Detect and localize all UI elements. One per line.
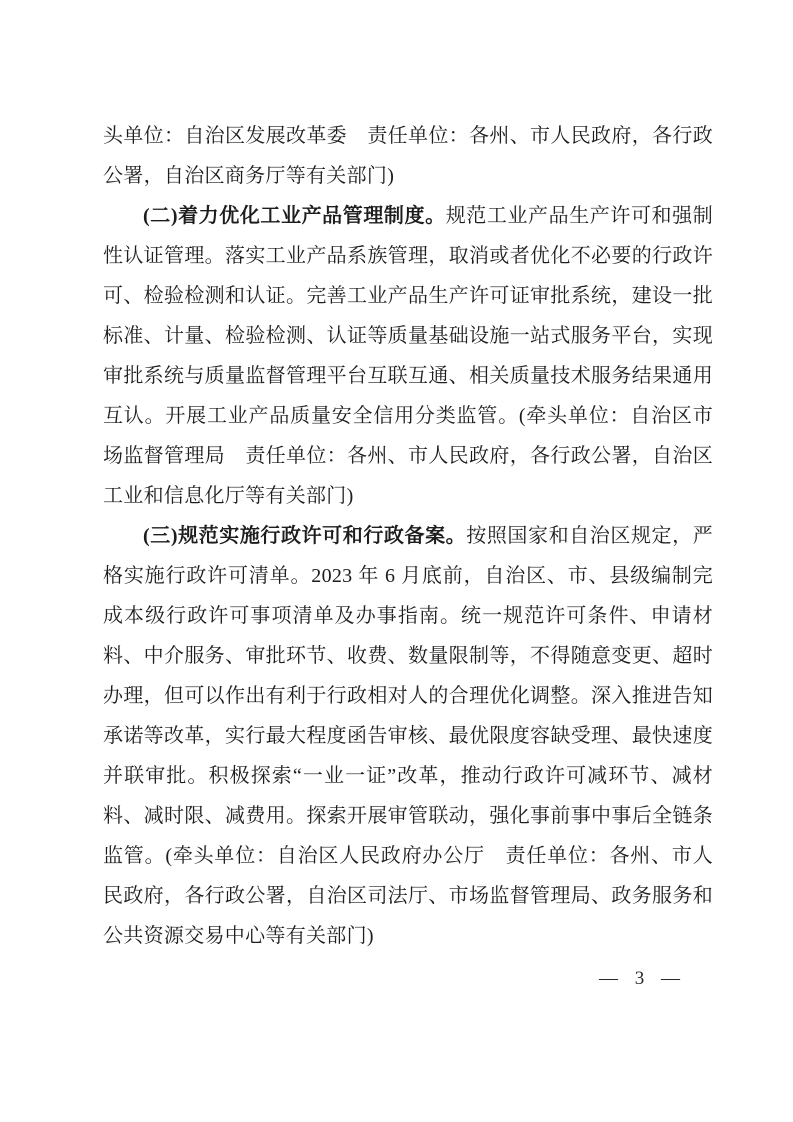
page-number: — 3 — — [599, 966, 681, 992]
paragraph: (二)着力优化工业产品管理制度。规范工业产品生产许可和强制性认证管理。落实工业产… — [103, 196, 713, 516]
paragraph-text: 按照国家和自治区规定，严格实施行政许可清单。2023 年 6 月底前，自治区、市… — [103, 525, 713, 947]
paragraph-lead-bold: (二)着力优化工业产品管理制度。 — [143, 205, 446, 227]
document-page: 头单位：自治区发展改革委 责任单位：各州、市人民政府，各行政公署，自治区商务厅等… — [0, 0, 793, 1122]
paragraph-text: 头单位：自治区发展改革委 责任单位：各州、市人民政府，各行政公署，自治区商务厅等… — [103, 125, 713, 187]
paragraph-lead-bold: (三)规范实施行政许可和行政备案。 — [143, 525, 466, 547]
paragraph: 头单位：自治区发展改革委 责任单位：各州、市人民政府，各行政公署，自治区商务厅等… — [103, 116, 713, 196]
paragraph-text: 规范工业产品生产许可和强制性认证管理。落实工业产品系族管理，取消或者优化不必要的… — [103, 205, 713, 507]
paragraph: (三)规范实施行政许可和行政备案。按照国家和自治区规定，严格实施行政许可清单。2… — [103, 516, 713, 956]
document-body: 头单位：自治区发展改革委 责任单位：各州、市人民政府，各行政公署，自治区商务厅等… — [103, 116, 713, 956]
